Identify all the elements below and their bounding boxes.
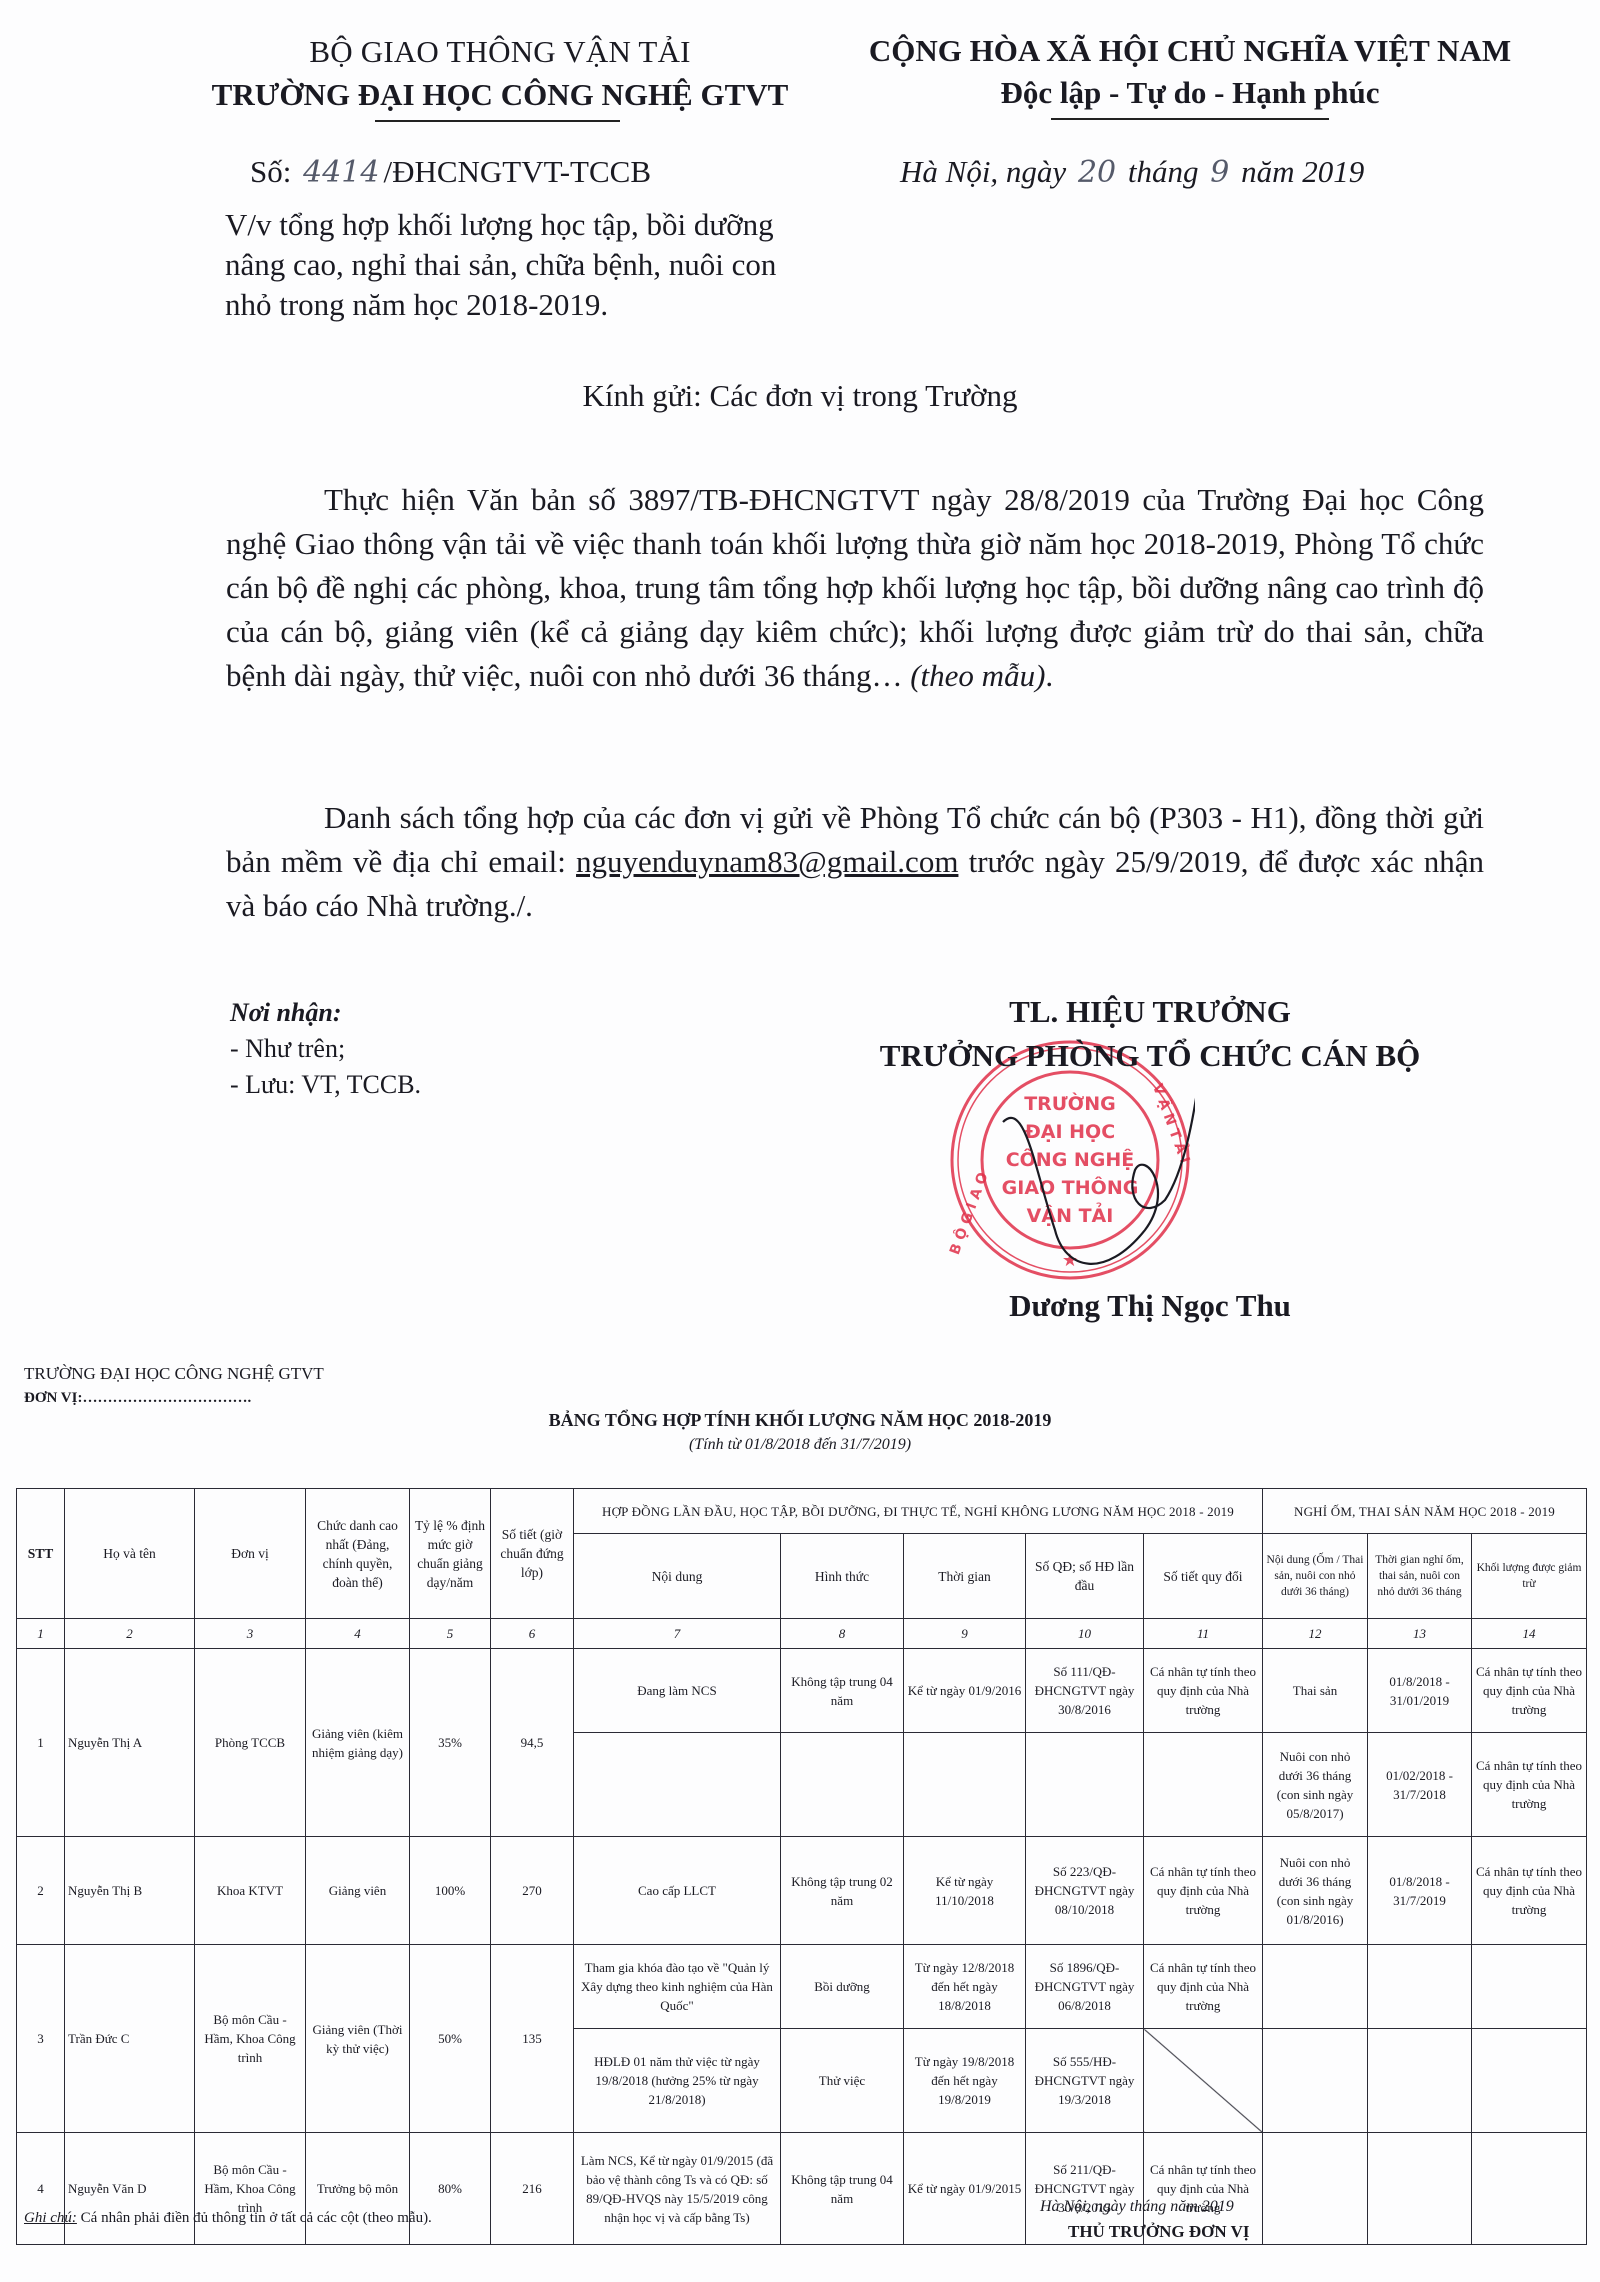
- table-row: 4Nguyễn Văn DBộ môn Cầu - Hầm, Khoa Công…: [17, 2133, 1587, 2245]
- cell-converted: [1144, 1733, 1263, 1837]
- cell-content: [574, 1733, 781, 1837]
- svg-text:ĐẠI HỌC: ĐẠI HỌC: [1025, 1121, 1115, 1143]
- svg-text:VẬN TẢI: VẬN TẢI: [1027, 1202, 1114, 1227]
- cell-stt: 2: [17, 1837, 65, 1945]
- recipient-item: - Như trên;: [230, 1031, 421, 1067]
- cell-periods: 135: [491, 1945, 574, 2133]
- cell-ratio: 50%: [410, 1945, 491, 2133]
- cell-decision: Số 223/QĐ-ĐHCNGTVT ngày 08/10/2018: [1026, 1837, 1144, 1945]
- col-leave-time: Thời gian nghỉ ốm, thai sản, nuôi con nh…: [1368, 1534, 1472, 1619]
- form-footer-date: Hà Nội, ngày tháng năm 2019: [1040, 2198, 1234, 2216]
- col-form: Hình thức: [781, 1534, 904, 1619]
- cell-form: Không tập trung 04 năm: [781, 2133, 904, 2245]
- col-periods: Số tiết (giờ chuẩn đứng lớp): [491, 1489, 574, 1619]
- cell-title: Giảng viên: [306, 1837, 410, 1945]
- handwritten-month: 9: [1210, 155, 1229, 190]
- workload-table: STT Họ và tên Đơn vị Chức danh cao nhất …: [16, 1488, 1587, 2245]
- cell-time: Từ ngày 12/8/2018 đến hết ngày 18/8/2018: [904, 1945, 1026, 2029]
- column-number: 3: [195, 1619, 306, 1649]
- col-leave-content: Nội dung (Ốm / Thai sản, nuôi con nhỏ dư…: [1263, 1534, 1368, 1619]
- cell-title: Giảng viên (kiêm nhiệm giảng dạy): [306, 1649, 410, 1837]
- cell-reduced: [1472, 2029, 1587, 2133]
- cell-leave-time: [1368, 1945, 1472, 2029]
- cell-reduced: Cá nhân tự tính theo quy định của Nhà tr…: [1472, 1837, 1587, 1945]
- column-number: 10: [1026, 1619, 1144, 1649]
- cell-title: Trưởng bộ môn: [306, 2133, 410, 2245]
- cell-unit: Khoa KTVT: [195, 1837, 306, 1945]
- paragraph-1: Thực hiện Văn bản số 3897/TB-ĐHCNGTVT ng…: [226, 478, 1484, 698]
- column-number: 14: [1472, 1619, 1587, 1649]
- cell-unit: Bộ môn Cầu - Hầm, Khoa Công trình: [195, 2133, 306, 2245]
- email-link[interactable]: nguyenduynam83@gmail.com: [576, 844, 958, 879]
- cell-converted: [1144, 2029, 1263, 2133]
- cell-leave-content: Thai sản: [1263, 1649, 1368, 1733]
- col-stt: STT: [17, 1489, 65, 1619]
- cell-converted: Cá nhân tự tính theo quy định của Nhà tr…: [1144, 1649, 1263, 1733]
- recipient-line: Kính gửi: Các đơn vị trong Trường: [0, 378, 1600, 414]
- cell-ratio: 35%: [410, 1649, 491, 1837]
- cell-content: Cao cấp LLCT: [574, 1837, 781, 1945]
- cell-unit: Bộ môn Cầu - Hầm, Khoa Công trình: [195, 1945, 306, 2133]
- document-number: Số: 4414/ĐHCNGTVT-TCCB: [250, 154, 651, 190]
- group-contract-study: HỢP ĐỒNG LẦN ĐẦU, HỌC TẬP, BỒI DƯỠNG, ĐI…: [574, 1489, 1263, 1534]
- cell-leave-time: 01/8/2018 - 31/7/2019: [1368, 1837, 1472, 1945]
- cell-content: Làm NCS, Kể từ ngày 01/9/2015 (đã bảo vệ…: [574, 2133, 781, 2245]
- col-title: Chức danh cao nhất (Đảng, chính quyền, đ…: [306, 1489, 410, 1619]
- cell-form: Không tập trung 02 năm: [781, 1837, 904, 1945]
- signer-name: Dương Thị Ngọc Thu: [770, 1288, 1530, 1324]
- cell-stt: 1: [17, 1649, 65, 1837]
- paragraph-2: Danh sách tổng hợp của các đơn vị gửi về…: [226, 796, 1484, 928]
- cell-unit: Phòng TCCB: [195, 1649, 306, 1837]
- col-unit: Đơn vị: [195, 1489, 306, 1619]
- recipient-item: - Lưu: VT, TCCB.: [230, 1067, 421, 1103]
- cell-leave-content: [1263, 2133, 1368, 2245]
- column-number: 4: [306, 1619, 410, 1649]
- table-row: 2Nguyễn Thị BKhoa KTVTGiảng viên100%270C…: [17, 1837, 1587, 1945]
- cell-converted: Cá nhân tự tính theo quy định của Nhà tr…: [1144, 1837, 1263, 1945]
- col-converted: Số tiết quy đổi: [1144, 1534, 1263, 1619]
- cell-title: Giảng viên (Thời kỳ thử việc): [306, 1945, 410, 2133]
- cell-content: Đang làm NCS: [574, 1649, 781, 1733]
- issuer-block: BỘ GIAO THÔNG VẬN TẢI TRƯỜNG ĐẠI HỌC CÔN…: [180, 30, 820, 122]
- table-row: 3Trần Đức CBộ môn Cầu - Hầm, Khoa Công t…: [17, 1945, 1587, 2029]
- svg-text:V Ậ N T Ả I: V Ậ N T Ả I: [1149, 1081, 1195, 1166]
- cell-name: Nguyễn Văn D: [65, 2133, 195, 2245]
- svg-text:B Ộ G I A O: B Ộ G I A O: [945, 1170, 991, 1257]
- cell-content: HĐLĐ 01 năm thử việc từ ngày 19/8/2018 (…: [574, 2029, 781, 2133]
- handwritten-number: 4414: [303, 155, 379, 190]
- cell-leave-content: [1263, 2029, 1368, 2133]
- cell-leave-time: 01/02/2018 - 31/7/2018: [1368, 1733, 1472, 1837]
- column-number: 9: [904, 1619, 1026, 1649]
- form-footer-signer: THỦ TRƯỞNG ĐƠN VỊ: [1068, 2222, 1250, 2242]
- col-content: Nội dung: [574, 1534, 781, 1619]
- cell-form: [781, 1733, 904, 1837]
- cell-time: Kể từ ngày 01/9/2015: [904, 2133, 1026, 2245]
- cell-periods: 270: [491, 1837, 574, 1945]
- form-header: TRƯỜNG ĐẠI HỌC CÔNG NGHỆ GTVT ĐƠN VỊ:…………: [24, 1362, 324, 1410]
- header-underline: [375, 120, 620, 122]
- col-name: Họ và tên: [65, 1489, 195, 1619]
- cell-form: Bồi dưỡng: [781, 1945, 904, 2029]
- col-reduced: Khối lượng được giảm trừ: [1472, 1534, 1587, 1619]
- cell-stt: 3: [17, 1945, 65, 2133]
- cell-leave-content: Nuôi con nhỏ dưới 36 tháng (con sinh ngà…: [1263, 1733, 1368, 1837]
- school-name: TRƯỜNG ĐẠI HỌC CÔNG NGHỆ GTVT: [180, 74, 820, 116]
- col-decision: Số QĐ; số HĐ lần đầu: [1026, 1534, 1144, 1619]
- column-number: 2: [65, 1619, 195, 1649]
- footnote: Ghi chú: Cá nhân phải điền đủ thông tin …: [24, 2210, 432, 2227]
- cell-leave-time: [1368, 2133, 1472, 2245]
- cell-periods: 216: [491, 2133, 574, 2245]
- col-ratio: Tỷ lệ % định mức giờ chuẩn giảng dạy/năm: [410, 1489, 491, 1619]
- cell-leave-time: [1368, 2029, 1472, 2133]
- cell-stt: 4: [17, 2133, 65, 2245]
- cell-name: Trần Đức C: [65, 1945, 195, 2133]
- cell-decision: Số 1896/QĐ-ĐHCNGTVT ngày 06/8/2018: [1026, 1945, 1144, 2029]
- recipients-title: Nơi nhận:: [230, 995, 421, 1031]
- cell-converted: Cá nhân tự tính theo quy định của Nhà tr…: [1144, 1945, 1263, 2029]
- cell-form: Không tập trung 04 năm: [781, 1649, 904, 1733]
- recipients-list: Nơi nhận: - Như trên; - Lưu: VT, TCCB.: [230, 995, 421, 1103]
- column-number: 12: [1263, 1619, 1368, 1649]
- motto-underline: [1051, 118, 1329, 120]
- cell-leave-content: Nuôi con nhỏ dưới 36 tháng (con sinh ngà…: [1263, 1837, 1368, 1945]
- cell-reduced: [1472, 2133, 1587, 2245]
- country-name: CỘNG HÒA XÃ HỘI CHỦ NGHĨA VIỆT NAM: [820, 30, 1560, 72]
- cell-form: Thử việc: [781, 2029, 904, 2133]
- cell-decision: [1026, 1733, 1144, 1837]
- cell-name: Nguyễn Thị A: [65, 1649, 195, 1837]
- cell-periods: 94,5: [491, 1649, 574, 1837]
- svg-text:CÔNG NGHỆ: CÔNG NGHỆ: [1006, 1147, 1135, 1171]
- cell-reduced: Cá nhân tự tính theo quy định của Nhà tr…: [1472, 1649, 1587, 1733]
- column-number: 1: [17, 1619, 65, 1649]
- cell-decision: Số 555/HĐ-ĐHCNGTVT ngày 19/3/2018: [1026, 2029, 1144, 2133]
- form-school: TRƯỜNG ĐẠI HỌC CÔNG NGHỆ GTVT: [24, 1362, 324, 1386]
- handwritten-day: 20: [1078, 155, 1116, 190]
- motto: Độc lập - Tự do - Hạnh phúc: [820, 72, 1560, 114]
- column-number: 5: [410, 1619, 491, 1649]
- column-number-row: 1234567891011121314: [17, 1619, 1587, 1649]
- table-subtitle: (Tính từ 01/8/2018 đến 31/7/2019): [0, 1436, 1600, 1454]
- cell-ratio: 80%: [410, 2133, 491, 2245]
- signature-title-2: TRƯỞNG PHÒNG TỔ CHỨC CÁN BỘ: [770, 1034, 1530, 1078]
- signature-title-1: TL. HIỆU TRƯỞNG: [770, 990, 1530, 1034]
- document-date: Hà Nội, ngày 20 tháng 9 năm 2019: [900, 154, 1364, 190]
- column-number: 7: [574, 1619, 781, 1649]
- ministry-name: BỘ GIAO THÔNG VẬN TẢI: [180, 30, 820, 74]
- column-number: 13: [1368, 1619, 1472, 1649]
- svg-text:TRƯỜNG: TRƯỜNG: [1024, 1091, 1116, 1115]
- svg-text:GIAO THÔNG: GIAO THÔNG: [1002, 1175, 1139, 1199]
- cell-time: Kể từ ngày 01/9/2016: [904, 1649, 1026, 1733]
- column-number: 11: [1144, 1619, 1263, 1649]
- cell-leave-time: 01/8/2018 - 31/01/2019: [1368, 1649, 1472, 1733]
- column-number: 6: [491, 1619, 574, 1649]
- national-motto-block: CỘNG HÒA XÃ HỘI CHỦ NGHĨA VIỆT NAM Độc l…: [820, 30, 1560, 120]
- cell-name: Nguyễn Thị B: [65, 1837, 195, 1945]
- cell-leave-content: [1263, 1945, 1368, 2029]
- signature-block: TL. HIỆU TRƯỞNG TRƯỞNG PHÒNG TỔ CHỨC CÁN…: [770, 990, 1530, 1078]
- cell-time: Từ ngày 19/8/2018 đến hết ngày 19/8/2019: [904, 2029, 1026, 2133]
- cell-time: [904, 1733, 1026, 1837]
- cell-content: Tham gia khóa đào tạo về "Quản lý Xây dự…: [574, 1945, 781, 2029]
- table-row: 1Nguyễn Thị APhòng TCCBGiảng viên (kiêm …: [17, 1649, 1587, 1733]
- cell-reduced: Cá nhân tự tính theo quy định của Nhà tr…: [1472, 1733, 1587, 1837]
- column-number: 8: [781, 1619, 904, 1649]
- form-unit-field: ĐƠN VỊ:…………………………….: [24, 1386, 324, 1410]
- table-title: BẢNG TỔNG HỢP TÍNH KHỐI LƯỢNG NĂM HỌC 20…: [0, 1410, 1600, 1431]
- cell-decision: Số 111/QĐ-ĐHCNGTVT ngày 30/8/2016: [1026, 1649, 1144, 1733]
- cell-ratio: 100%: [410, 1837, 491, 1945]
- cell-reduced: [1472, 1945, 1587, 2029]
- col-time: Thời gian: [904, 1534, 1026, 1619]
- group-leave: NGHỈ ỐM, THAI SẢN NĂM HỌC 2018 - 2019: [1263, 1489, 1587, 1534]
- subject-line: V/v tổng hợp khối lượng học tập, bồi dưỡ…: [225, 205, 825, 325]
- cell-time: Kể từ ngày 11/10/2018: [904, 1837, 1026, 1945]
